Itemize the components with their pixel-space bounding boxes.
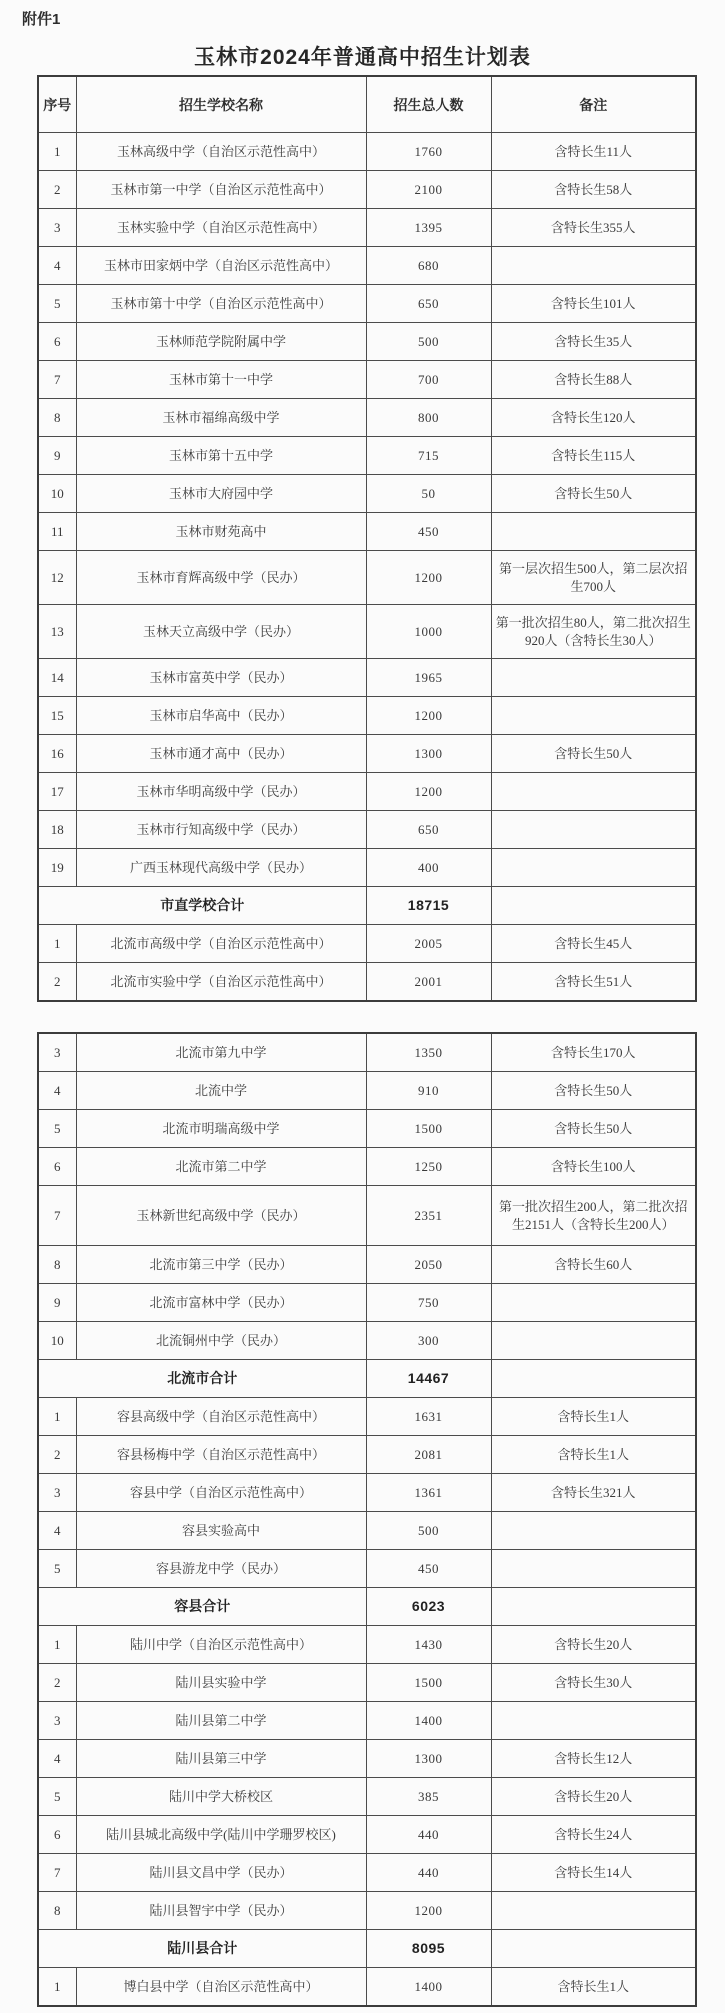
column-header-total: 招生总人数 — [366, 76, 491, 133]
school-name: 玉林师范学院附属中学 — [76, 323, 366, 361]
row-number: 5 — [38, 1778, 76, 1816]
table-row: 10北流铜州中学（民办）300 — [38, 1322, 696, 1360]
row-number: 15 — [38, 697, 76, 735]
table-row: 1博白县中学（自治区示范性高中）1400含特长生1人 — [38, 1968, 696, 2007]
attachment-label: 附件1 — [22, 8, 60, 29]
row-number: 5 — [38, 285, 76, 323]
table-row: 13玉林天立高级中学（民办）1000第一批次招生80人，第二批次招生920人（含… — [38, 605, 696, 659]
remark — [491, 1322, 696, 1360]
subtotal-value: 18715 — [366, 887, 491, 925]
remark — [491, 887, 696, 925]
table-row: 6玉林师范学院附属中学500含特长生35人 — [38, 323, 696, 361]
remark: 含特长生50人 — [491, 1110, 696, 1148]
table-row: 2玉林市第一中学（自治区示范性高中）2100含特长生58人 — [38, 171, 696, 209]
school-name: 北流市第三中学（民办） — [76, 1246, 366, 1284]
table-row: 1玉林高级中学（自治区示范性高中）1760含特长生11人 — [38, 133, 696, 171]
remark — [491, 811, 696, 849]
table-row: 8北流市第三中学（民办）2050含特长生60人 — [38, 1246, 696, 1284]
school-name: 玉林市第十一中学 — [76, 361, 366, 399]
remark: 含特长生20人 — [491, 1778, 696, 1816]
row-number: 19 — [38, 849, 76, 887]
row-number: 2 — [38, 1664, 76, 1702]
table-row: 17玉林市华明高级中学（民办）1200 — [38, 773, 696, 811]
row-number: 5 — [38, 1110, 76, 1148]
total-enrollment: 1500 — [366, 1664, 491, 1702]
row-number: 2 — [38, 171, 76, 209]
remark: 含特长生30人 — [491, 1664, 696, 1702]
total-enrollment: 1631 — [366, 1398, 491, 1436]
school-name: 玉林高级中学（自治区示范性高中） — [76, 133, 366, 171]
school-name: 玉林市行知高级中学（民办） — [76, 811, 366, 849]
school-name: 容县中学（自治区示范性高中） — [76, 1474, 366, 1512]
row-number: 1 — [38, 133, 76, 171]
total-enrollment: 2351 — [366, 1186, 491, 1246]
total-enrollment: 1200 — [366, 773, 491, 811]
remark: 含特长生24人 — [491, 1816, 696, 1854]
table-row: 5陆川中学大桥校区385含特长生20人 — [38, 1778, 696, 1816]
table-row: 15玉林市启华高中（民办）1200 — [38, 697, 696, 735]
school-name: 玉林市启华高中（民办） — [76, 697, 366, 735]
total-enrollment: 1500 — [366, 1110, 491, 1148]
enrollment-table-page-1: 序号 招生学校名称 招生总人数 备注 1玉林高级中学（自治区示范性高中）1760… — [37, 75, 697, 1002]
remark — [491, 1550, 696, 1588]
row-number: 14 — [38, 659, 76, 697]
subtotal-value: 8095 — [366, 1930, 491, 1968]
subtotal-row: 市直学校合计18715 — [38, 887, 696, 925]
remark: 含特长生60人 — [491, 1246, 696, 1284]
total-enrollment: 650 — [366, 285, 491, 323]
school-name: 玉林市富英中学（民办） — [76, 659, 366, 697]
remark: 含特长生1人 — [491, 1968, 696, 2007]
remark — [491, 247, 696, 285]
remark — [491, 849, 696, 887]
remark: 含特长生50人 — [491, 1072, 696, 1110]
remark: 含特长生20人 — [491, 1626, 696, 1664]
row-number: 6 — [38, 323, 76, 361]
total-enrollment: 1300 — [366, 735, 491, 773]
remark: 含特长生170人 — [491, 1033, 696, 1072]
total-enrollment: 750 — [366, 1284, 491, 1322]
table-row: 4北流中学910含特长生50人 — [38, 1072, 696, 1110]
total-enrollment: 440 — [366, 1854, 491, 1892]
table-row: 5玉林市第十中学（自治区示范性高中）650含特长生101人 — [38, 285, 696, 323]
row-number: 1 — [38, 1398, 76, 1436]
total-enrollment: 500 — [366, 323, 491, 361]
total-enrollment: 680 — [366, 247, 491, 285]
school-name: 玉林市财苑高中 — [76, 513, 366, 551]
school-name: 陆川中学大桥校区 — [76, 1778, 366, 1816]
school-name: 陆川县第三中学 — [76, 1740, 366, 1778]
subtotal-label: 容县合计 — [38, 1588, 366, 1626]
subtotal-label: 市直学校合计 — [38, 887, 366, 925]
school-name: 北流市第二中学 — [76, 1148, 366, 1186]
total-enrollment: 1760 — [366, 133, 491, 171]
total-enrollment: 1200 — [366, 1892, 491, 1930]
school-name: 陆川县文昌中学（民办） — [76, 1854, 366, 1892]
table-row: 5容县游龙中学（民办）450 — [38, 1550, 696, 1588]
row-number: 8 — [38, 399, 76, 437]
row-number: 6 — [38, 1148, 76, 1186]
remark: 含特长生88人 — [491, 361, 696, 399]
table-header-row: 序号 招生学校名称 招生总人数 备注 — [38, 76, 696, 133]
total-enrollment: 500 — [366, 1512, 491, 1550]
table-row: 2容县杨梅中学（自治区示范性高中）2081含特长生1人 — [38, 1436, 696, 1474]
total-enrollment: 2005 — [366, 925, 491, 963]
row-number: 7 — [38, 1186, 76, 1246]
table-row: 10玉林市大府园中学50含特长生50人 — [38, 475, 696, 513]
table-row: 6北流市第二中学1250含特长生100人 — [38, 1148, 696, 1186]
school-name: 北流市明瑞高级中学 — [76, 1110, 366, 1148]
row-number: 7 — [38, 361, 76, 399]
table-row: 14玉林市富英中学（民办）1965 — [38, 659, 696, 697]
total-enrollment: 2100 — [366, 171, 491, 209]
table-row: 4陆川县第三中学1300含特长生12人 — [38, 1740, 696, 1778]
school-name: 北流市富林中学（民办） — [76, 1284, 366, 1322]
table-row: 2陆川县实验中学1500含特长生30人 — [38, 1664, 696, 1702]
table-row: 8陆川县智宇中学（民办）1200 — [38, 1892, 696, 1930]
table-row: 3容县中学（自治区示范性高中）1361含特长生321人 — [38, 1474, 696, 1512]
remark: 含特长生58人 — [491, 171, 696, 209]
school-name: 北流铜州中学（民办） — [76, 1322, 366, 1360]
school-name: 容县杨梅中学（自治区示范性高中） — [76, 1436, 366, 1474]
remark: 含特长生115人 — [491, 437, 696, 475]
enrollment-table-page-2: 3北流市第九中学1350含特长生170人4北流中学910含特长生50人5北流市明… — [37, 1032, 697, 2007]
row-number: 10 — [38, 1322, 76, 1360]
row-number: 3 — [38, 1474, 76, 1512]
total-enrollment: 440 — [366, 1816, 491, 1854]
table-row: 1陆川中学（自治区示范性高中）1430含特长生20人 — [38, 1626, 696, 1664]
school-name: 陆川县第二中学 — [76, 1702, 366, 1740]
school-name: 容县高级中学（自治区示范性高中） — [76, 1398, 366, 1436]
total-enrollment: 1200 — [366, 551, 491, 605]
subtotal-value: 14467 — [366, 1360, 491, 1398]
remark — [491, 1512, 696, 1550]
school-name: 玉林市大府园中学 — [76, 475, 366, 513]
row-number: 16 — [38, 735, 76, 773]
remark: 含特长生100人 — [491, 1148, 696, 1186]
total-enrollment: 650 — [366, 811, 491, 849]
total-enrollment: 715 — [366, 437, 491, 475]
column-header-no: 序号 — [38, 76, 76, 133]
subtotal-row: 北流市合计14467 — [38, 1360, 696, 1398]
school-name: 玉林新世纪高级中学（民办） — [76, 1186, 366, 1246]
row-number: 5 — [38, 1550, 76, 1588]
school-name: 玉林市华明高级中学（民办） — [76, 773, 366, 811]
row-number: 13 — [38, 605, 76, 659]
table-row: 3陆川县第二中学1400 — [38, 1702, 696, 1740]
row-number: 9 — [38, 1284, 76, 1322]
subtotal-value: 6023 — [366, 1588, 491, 1626]
school-name: 北流中学 — [76, 1072, 366, 1110]
table-row: 1容县高级中学（自治区示范性高中）1631含特长生1人 — [38, 1398, 696, 1436]
remark — [491, 1360, 696, 1398]
school-name: 博白县中学（自治区示范性高中） — [76, 1968, 366, 2007]
remark — [491, 773, 696, 811]
row-number: 2 — [38, 1436, 76, 1474]
school-name: 容县实验高中 — [76, 1512, 366, 1550]
remark: 含特长生45人 — [491, 925, 696, 963]
table-row: 19广西玉林现代高级中学（民办）400 — [38, 849, 696, 887]
total-enrollment: 2001 — [366, 963, 491, 1002]
total-enrollment: 1300 — [366, 1740, 491, 1778]
subtotal-label: 北流市合计 — [38, 1360, 366, 1398]
school-name: 玉林天立高级中学（民办） — [76, 605, 366, 659]
total-enrollment: 700 — [366, 361, 491, 399]
total-enrollment: 1395 — [366, 209, 491, 247]
remark: 含特长生355人 — [491, 209, 696, 247]
total-enrollment: 1000 — [366, 605, 491, 659]
total-enrollment: 385 — [366, 1778, 491, 1816]
school-name: 陆川县城北高级中学(陆川中学珊罗校区) — [76, 1816, 366, 1854]
school-name: 容县游龙中学（民办） — [76, 1550, 366, 1588]
remark — [491, 1588, 696, 1626]
row-number: 9 — [38, 437, 76, 475]
remark — [491, 513, 696, 551]
school-name: 玉林市田家炳中学（自治区示范性高中） — [76, 247, 366, 285]
row-number: 4 — [38, 1072, 76, 1110]
school-name: 陆川县实验中学 — [76, 1664, 366, 1702]
remark: 含特长生50人 — [491, 475, 696, 513]
table-row: 1北流市高级中学（自治区示范性高中）2005含特长生45人 — [38, 925, 696, 963]
subtotal-label: 陆川县合计 — [38, 1930, 366, 1968]
column-header-remark: 备注 — [491, 76, 696, 133]
row-number: 11 — [38, 513, 76, 551]
row-number: 8 — [38, 1892, 76, 1930]
remark: 含特长生35人 — [491, 323, 696, 361]
table-row: 11玉林市财苑高中450 — [38, 513, 696, 551]
total-enrollment: 800 — [366, 399, 491, 437]
row-number: 4 — [38, 1512, 76, 1550]
total-enrollment: 2050 — [366, 1246, 491, 1284]
column-header-school: 招生学校名称 — [76, 76, 366, 133]
table-row: 4容县实验高中500 — [38, 1512, 696, 1550]
school-name: 玉林市第一中学（自治区示范性高中） — [76, 171, 366, 209]
total-enrollment: 1200 — [366, 697, 491, 735]
total-enrollment: 1965 — [366, 659, 491, 697]
remark: 含特长生51人 — [491, 963, 696, 1002]
remark: 第一批次招生80人，第二批次招生920人（含特长生30人） — [491, 605, 696, 659]
total-enrollment: 1400 — [366, 1968, 491, 2007]
remark: 含特长生321人 — [491, 1474, 696, 1512]
table-row: 3玉林实验中学（自治区示范性高中）1395含特长生355人 — [38, 209, 696, 247]
school-name: 陆川中学（自治区示范性高中） — [76, 1626, 366, 1664]
table-row: 12玉林市育辉高级中学（民办）1200第一层次招生500人，第二层次招生700人 — [38, 551, 696, 605]
row-number: 4 — [38, 247, 76, 285]
row-number: 6 — [38, 1816, 76, 1854]
table-row: 6陆川县城北高级中学(陆川中学珊罗校区)440含特长生24人 — [38, 1816, 696, 1854]
school-name: 玉林实验中学（自治区示范性高中） — [76, 209, 366, 247]
remark: 含特长生11人 — [491, 133, 696, 171]
total-enrollment: 50 — [366, 475, 491, 513]
row-number: 3 — [38, 1702, 76, 1740]
total-enrollment: 2081 — [366, 1436, 491, 1474]
table-row: 2北流市实验中学（自治区示范性高中）2001含特长生51人 — [38, 963, 696, 1002]
school-name: 北流市高级中学（自治区示范性高中） — [76, 925, 366, 963]
table-row: 5北流市明瑞高级中学1500含特长生50人 — [38, 1110, 696, 1148]
remark: 含特长生14人 — [491, 1854, 696, 1892]
total-enrollment: 450 — [366, 1550, 491, 1588]
school-name: 广西玉林现代高级中学（民办） — [76, 849, 366, 887]
remark — [491, 1284, 696, 1322]
remark: 含特长生12人 — [491, 1740, 696, 1778]
row-number: 7 — [38, 1854, 76, 1892]
table-row: 7玉林新世纪高级中学（民办）2351第一批次招生200人，第二批次招生2151人… — [38, 1186, 696, 1246]
row-number: 18 — [38, 811, 76, 849]
total-enrollment: 1400 — [366, 1702, 491, 1740]
row-number: 4 — [38, 1740, 76, 1778]
table-row: 7陆川县文昌中学（民办）440含特长生14人 — [38, 1854, 696, 1892]
remark: 第一批次招生200人，第二批次招生2151人（含特长生200人） — [491, 1186, 696, 1246]
table-row: 8玉林市福绵高级中学800含特长生120人 — [38, 399, 696, 437]
total-enrollment: 300 — [366, 1322, 491, 1360]
row-number: 1 — [38, 925, 76, 963]
school-name: 玉林市福绵高级中学 — [76, 399, 366, 437]
remark: 第一层次招生500人，第二层次招生700人 — [491, 551, 696, 605]
school-name: 陆川县智宇中学（民办） — [76, 1892, 366, 1930]
total-enrollment: 1250 — [366, 1148, 491, 1186]
row-number: 3 — [38, 1033, 76, 1072]
remark — [491, 1892, 696, 1930]
total-enrollment: 1350 — [366, 1033, 491, 1072]
school-name: 玉林市通才高中（民办） — [76, 735, 366, 773]
table-row: 7玉林市第十一中学700含特长生88人 — [38, 361, 696, 399]
total-enrollment: 1430 — [366, 1626, 491, 1664]
school-name: 北流市实验中学（自治区示范性高中） — [76, 963, 366, 1002]
total-enrollment: 1361 — [366, 1474, 491, 1512]
remark — [491, 697, 696, 735]
remark: 含特长生120人 — [491, 399, 696, 437]
row-number: 2 — [38, 963, 76, 1002]
total-enrollment: 910 — [366, 1072, 491, 1110]
table-row: 9玉林市第十五中学715含特长生115人 — [38, 437, 696, 475]
row-number: 1 — [38, 1968, 76, 2007]
page-title: 玉林市2024年普通高中招生计划表 — [0, 41, 725, 71]
row-number: 8 — [38, 1246, 76, 1284]
remark — [491, 1930, 696, 1968]
row-number: 1 — [38, 1626, 76, 1664]
total-enrollment: 450 — [366, 513, 491, 551]
document-page: 附件1 玉林市2024年普通高中招生计划表 序号 招生学校名称 招生总人数 备注… — [0, 0, 725, 2013]
remark: 含特长生1人 — [491, 1398, 696, 1436]
row-number: 12 — [38, 551, 76, 605]
remark: 含特长生50人 — [491, 735, 696, 773]
table-row: 9北流市富林中学（民办）750 — [38, 1284, 696, 1322]
remark — [491, 1702, 696, 1740]
row-number: 17 — [38, 773, 76, 811]
school-name: 玉林市育辉高级中学（民办） — [76, 551, 366, 605]
total-enrollment: 400 — [366, 849, 491, 887]
subtotal-row: 陆川县合计8095 — [38, 1930, 696, 1968]
row-number: 10 — [38, 475, 76, 513]
remark: 含特长生1人 — [491, 1436, 696, 1474]
table-row: 4玉林市田家炳中学（自治区示范性高中）680 — [38, 247, 696, 285]
table-row: 3北流市第九中学1350含特长生170人 — [38, 1033, 696, 1072]
table-row: 16玉林市通才高中（民办）1300含特长生50人 — [38, 735, 696, 773]
school-name: 北流市第九中学 — [76, 1033, 366, 1072]
table-row: 18玉林市行知高级中学（民办）650 — [38, 811, 696, 849]
remark — [491, 659, 696, 697]
row-number: 3 — [38, 209, 76, 247]
school-name: 玉林市第十五中学 — [76, 437, 366, 475]
subtotal-row: 容县合计6023 — [38, 1588, 696, 1626]
remark: 含特长生101人 — [491, 285, 696, 323]
school-name: 玉林市第十中学（自治区示范性高中） — [76, 285, 366, 323]
